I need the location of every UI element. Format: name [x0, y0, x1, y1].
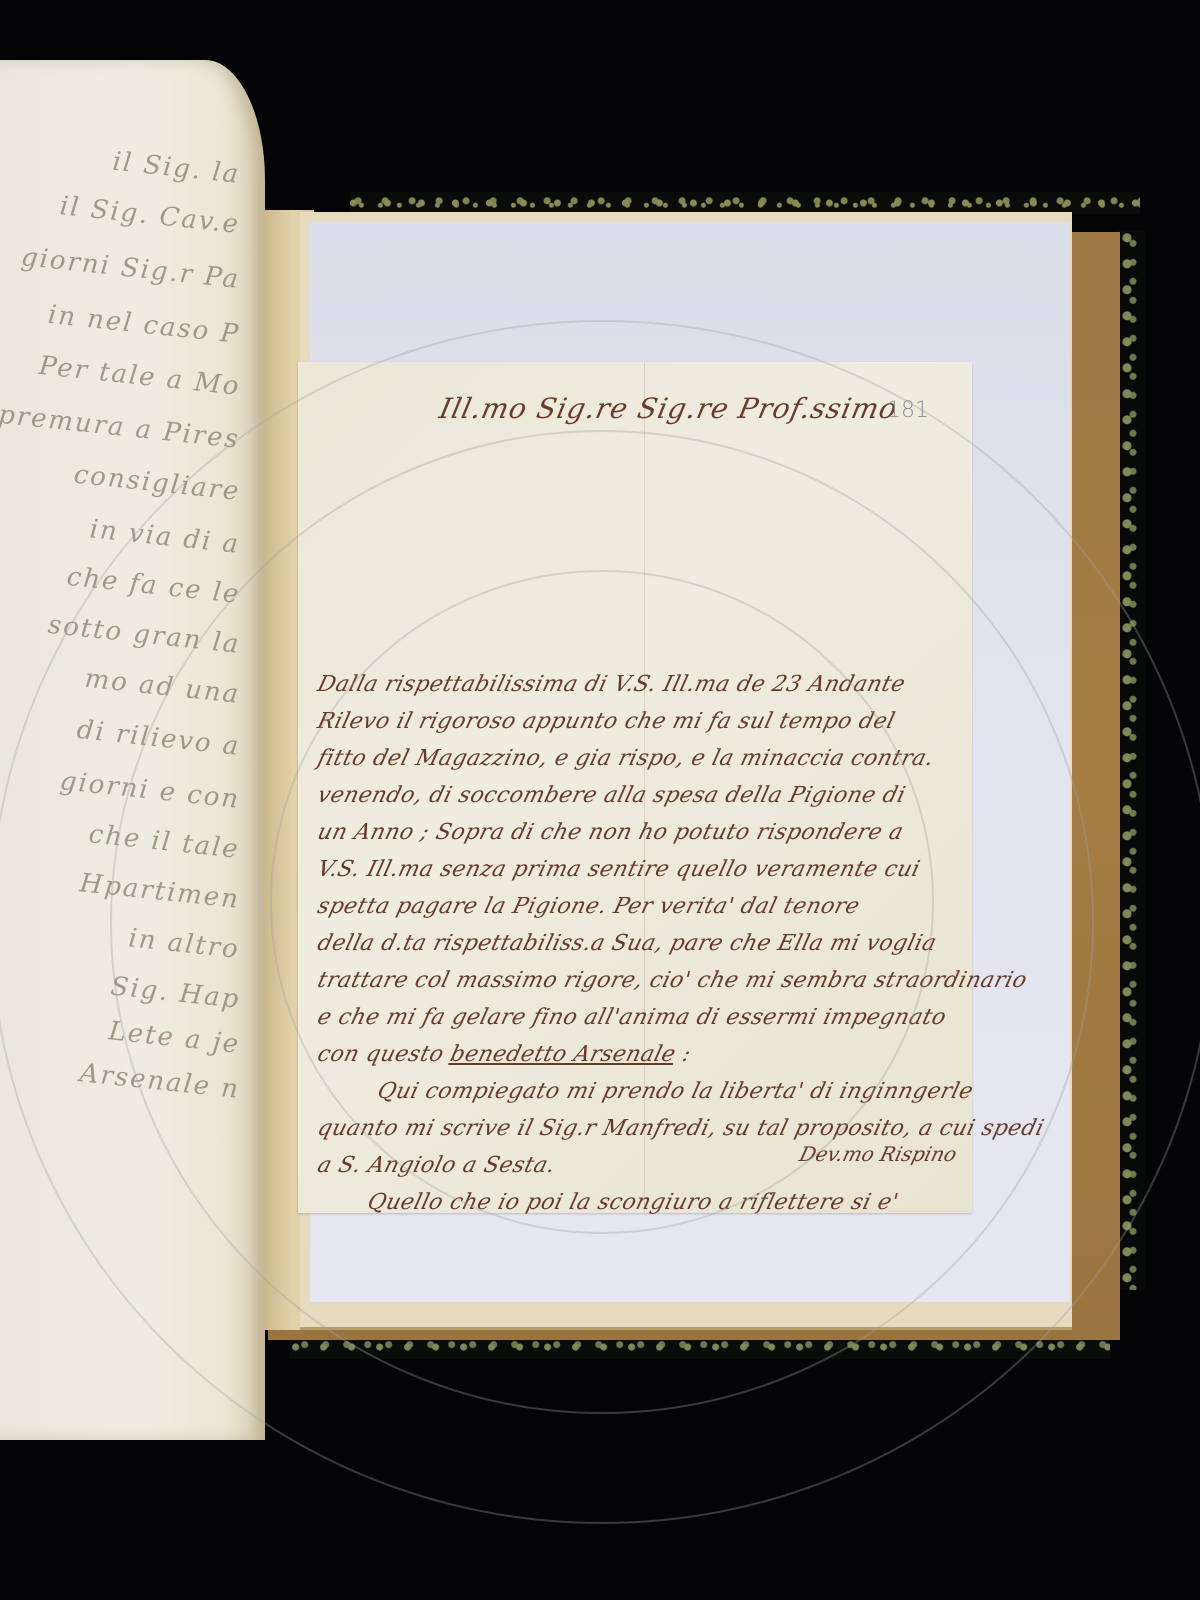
facing-line: il Sig. Cav.e	[59, 191, 242, 240]
watermark-ring-inner	[270, 570, 934, 1234]
facing-line: il Sig. la	[111, 147, 241, 190]
facing-line: Per tale a Mo	[37, 351, 241, 402]
facing-line: premura a Pires	[0, 400, 242, 455]
facing-line: giorni Sig.r Pa	[20, 242, 242, 295]
facing-line: in nel caso P	[47, 300, 242, 350]
marbled-board-top-edge	[350, 192, 1140, 214]
